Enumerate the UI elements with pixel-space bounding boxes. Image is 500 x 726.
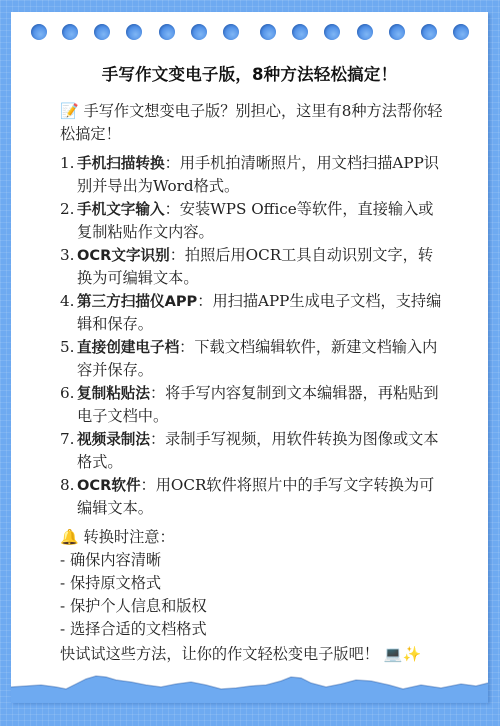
item-label: 复制粘贴法 <box>77 385 150 402</box>
page-title: 手写作文变电子版，8种方法轻松搞定！ <box>11 61 488 85</box>
item-label: 手机扫描转换 <box>77 155 165 172</box>
item-label: 直接创建电子档 <box>77 339 179 356</box>
list-item: 2.手机文字输入：安装WPS Office等软件，直接输入或复制粘贴作文内容。 <box>60 198 446 244</box>
item-number: 1. <box>60 152 75 175</box>
intro-paragraph: 📝 手写作文想变电子版？别担心，这里有8种方法帮你轻松搞定！ <box>60 100 446 146</box>
item-number: 6. <box>60 382 75 405</box>
binder-hole-icon <box>292 24 308 40</box>
binder-hole-icon <box>357 24 373 40</box>
binder-hole-icon <box>62 24 78 40</box>
list-item: 7.视频录制法：录制手写视频，用软件转换为图像或文本格式。 <box>60 428 446 474</box>
methods-list: 1.手机扫描转换：用手机拍清晰照片，用文档扫描APP识别并导出为Word格式。 … <box>60 152 446 520</box>
binder-hole-icon <box>389 24 405 40</box>
intro-text: 手写作文想变电子版？别担心，这里有8种方法帮你轻松搞定！ <box>60 102 443 143</box>
post-body: 📝 手写作文想变电子版？别担心，这里有8种方法帮你轻松搞定！ 1.手机扫描转换：… <box>60 100 446 666</box>
binder-hole-icon <box>453 24 469 40</box>
notes-heading: 🔔 转换时注意： <box>60 526 446 549</box>
binder-hole-icon <box>324 24 340 40</box>
binder-hole-icon <box>223 24 239 40</box>
memo-icon: 📝 <box>60 102 79 120</box>
bell-icon: 🔔 <box>60 528 79 546</box>
note-item: - 保持原文格式 <box>60 572 446 595</box>
laptop-sparkles-icon: 💻✨ <box>384 645 421 663</box>
list-item: 3.OCR文字识别：拍照后用OCR工具自动识别文字，转换为可编辑文本。 <box>60 244 446 290</box>
binder-hole-icon <box>421 24 437 40</box>
list-item: 4.第三方扫描仪APP：用扫描APP生成电子文档，支持编辑和保存。 <box>60 290 446 336</box>
binder-hole-icon <box>94 24 110 40</box>
item-label: 视频录制法 <box>77 431 150 448</box>
binder-hole-icon <box>126 24 142 40</box>
list-item: 8.OCR软件：用OCR软件将照片中的手写文字转换为可编辑文本。 <box>60 474 446 520</box>
outro-text: 快试试这些方法，让你的作文轻松变电子版吧！ <box>60 645 379 663</box>
note-item: - 选择合适的文档格式 <box>60 618 446 641</box>
item-number: 4. <box>60 290 75 313</box>
binder-hole-icon <box>191 24 207 40</box>
notes-title-text: 转换时注意： <box>84 528 175 546</box>
item-label: 第三方扫描仪APP <box>77 293 197 310</box>
binder-hole-icon <box>159 24 175 40</box>
list-item: 6.复制粘贴法：将手写内容复制到文本编辑器，再粘贴到电子文档中。 <box>60 382 446 428</box>
item-number: 5. <box>60 336 75 359</box>
binder-hole-icon <box>260 24 276 40</box>
note-item: - 保护个人信息和版权 <box>60 595 446 618</box>
item-label: 手机文字输入 <box>77 201 165 218</box>
note-card: 手写作文变电子版，8种方法轻松搞定！ 📝 手写作文想变电子版？别担心，这里有8种… <box>11 12 488 702</box>
item-number: 2. <box>60 198 75 221</box>
item-number: 7. <box>60 428 75 451</box>
list-item: 5.直接创建电子档：下载文档编辑软件，新建文档输入内容并保存。 <box>60 336 446 382</box>
item-number: 3. <box>60 244 75 267</box>
item-number: 8. <box>60 474 75 497</box>
item-label: OCR文字识别 <box>77 247 170 264</box>
list-item: 1.手机扫描转换：用手机拍清晰照片，用文档扫描APP识别并导出为Word格式。 <box>60 152 446 198</box>
outro-paragraph: 快试试这些方法，让你的作文轻松变电子版吧！ 💻✨ <box>60 643 446 666</box>
binder-hole-icon <box>31 24 47 40</box>
binder-holes <box>11 24 488 42</box>
note-item: - 确保内容清晰 <box>60 549 446 572</box>
torn-paper-edge <box>11 673 488 703</box>
item-label: OCR软件 <box>77 477 141 494</box>
